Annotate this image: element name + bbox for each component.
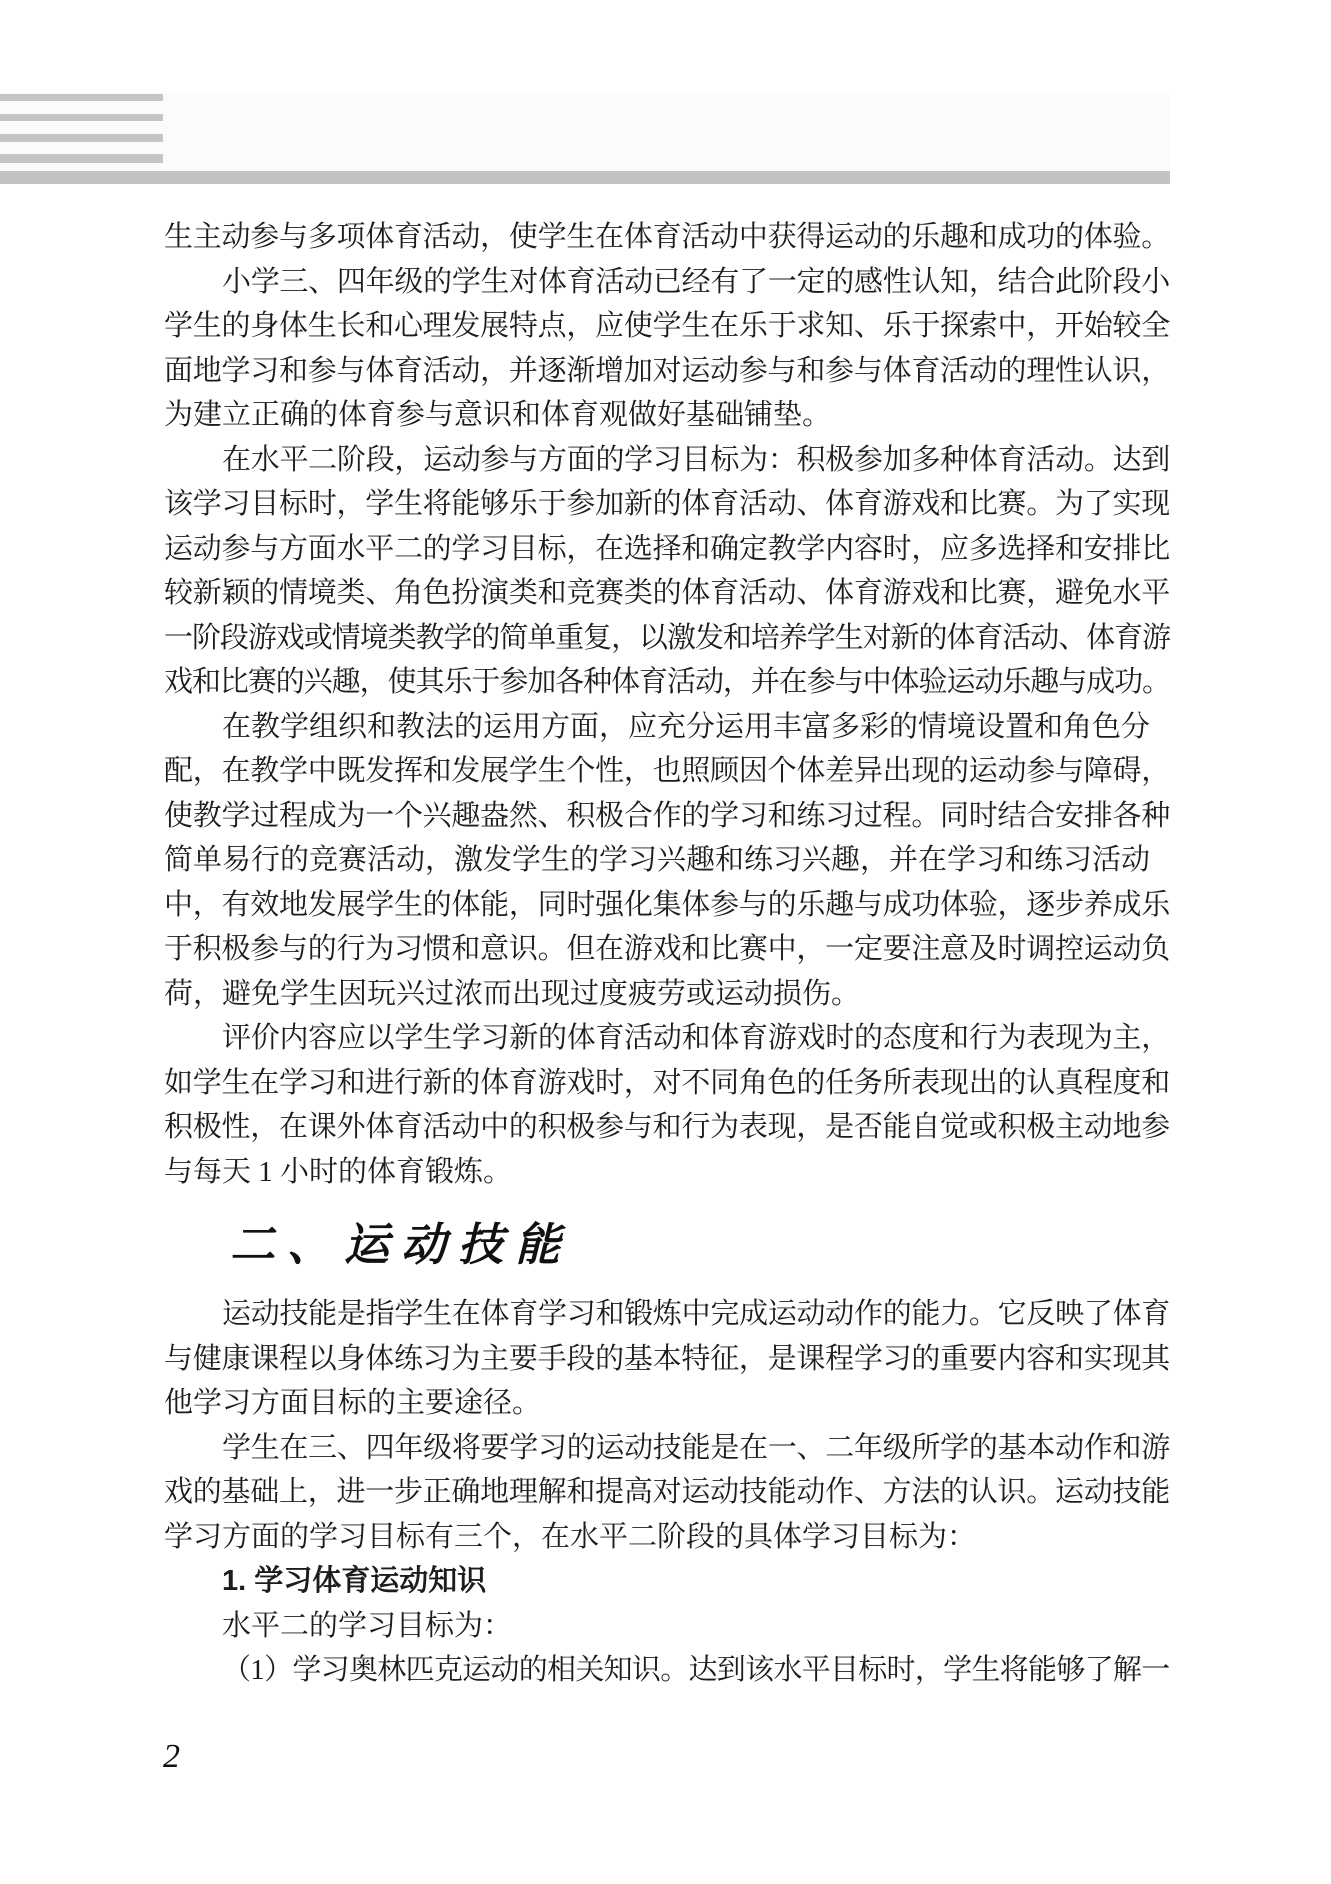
text-line: 戏和比赛的兴趣，使其乐于参加各种体育活动，并在参与中体验运动乐趣与成功。 (164, 660, 1170, 705)
text-line: 戏的基础上，进一步正确地理解和提高对运动技能动作、方法的认识。运动技能 (164, 1470, 1170, 1515)
text-line: 1. 学习体育运动知识 (164, 1559, 1170, 1604)
text-line: 较新颖的情境类、角色扮演类和竞赛类的体育活动、体育游戏和比赛，避免水平 (164, 571, 1170, 616)
text-line: 在水平二阶段，运动参与方面的学习目标为：积极参加多种体育活动。达到 (164, 438, 1170, 483)
text-line: 学习方面的学习目标有三个，在水平二阶段的具体学习目标为： (164, 1515, 1170, 1560)
text-line: 评价内容应以学生学习新的体育活动和体育游戏时的态度和行为表现为主， (164, 1016, 1170, 1061)
text-line: 他学习方面目标的主要途径。 (164, 1381, 1170, 1426)
header-tint-panel (0, 93, 1170, 171)
body-text-block-lower: 运动技能是指学生在体育学习和锻炼中完成运动动作的能力。它反映了体育与健康课程以身… (164, 1292, 1170, 1693)
text-line: 配，在教学中既发挥和发展学生个性，也照顾因个体差异出现的运动参与障碍， (164, 749, 1170, 794)
text-line: 简单易行的竞赛活动，激发学生的学习兴趣和练习兴趣，并在学习和练习活动 (164, 838, 1170, 883)
text-line: 与每天 1 小时的体育锻炼。 (164, 1150, 1170, 1195)
scanned-book-page: 生主动参与多项体育活动，使学生在体育活动中获得运动的乐趣和成功的体验。小学三、四… (0, 0, 1331, 1884)
header-rule-bar (0, 171, 1170, 184)
text-line: 一阶段游戏或情境类教学的简单重复，以激发和培养学生对新的体育活动、体育游 (164, 616, 1170, 661)
text-line: 学生的身体生长和心理发展特点，应使学生在乐于求知、乐于探索中，开始较全 (164, 304, 1170, 349)
text-line: 与健康课程以身体练习为主要手段的基本特征，是课程学习的重要内容和实现其 (164, 1337, 1170, 1382)
text-line: 积极性，在课外体育活动中的积极参与和行为表现，是否能自觉或积极主动地参 (164, 1105, 1170, 1150)
section-heading: 二、运动技能 (230, 1218, 572, 1272)
text-line: 面地学习和参与体育活动，并逐渐增加对运动参与和参与体育活动的理性认识， (164, 349, 1170, 394)
text-line: 在教学组织和教法的运用方面，应充分运用丰富多彩的情境设置和角色分 (164, 705, 1170, 750)
header-stripe (0, 134, 163, 142)
header-stripe (0, 154, 163, 163)
text-line: 如学生在学习和进行新的体育游戏时，对不同角色的任务所表现出的认真程度和 (164, 1061, 1170, 1106)
text-line: 荷，避免学生因玩兴过浓而出现过度疲劳或运动损伤。 (164, 972, 1170, 1017)
text-line: 为建立正确的体育参与意识和体育观做好基础铺垫。 (164, 393, 1170, 438)
body-text-block-upper: 生主动参与多项体育活动，使学生在体育活动中获得运动的乐趣和成功的体验。小学三、四… (164, 215, 1170, 1194)
text-line: 使教学过程成为一个兴趣盎然、积极合作的学习和练习过程。同时结合安排各种 (164, 794, 1170, 839)
text-line: 生主动参与多项体育活动，使学生在体育活动中获得运动的乐趣和成功的体验。 (164, 215, 1170, 260)
text-line: 小学三、四年级的学生对体育活动已经有了一定的感性认知，结合此阶段小 (164, 260, 1170, 305)
text-line: 水平二的学习目标为： (164, 1604, 1170, 1649)
text-line: 中，有效地发展学生的体能，同时强化集体参与的乐趣与成功体验，逐步养成乐 (164, 883, 1170, 928)
header-stripe (0, 94, 163, 101)
text-line: （1）学习奥林匹克运动的相关知识。达到该水平目标时，学生将能够了解一 (164, 1648, 1170, 1693)
page-number: 2 (163, 1738, 180, 1776)
text-line: 运动技能是指学生在体育学习和锻炼中完成运动动作的能力。它反映了体育 (164, 1292, 1170, 1337)
text-line: 该学习目标时，学生将能够乐于参加新的体育活动、体育游戏和比赛。为了实现 (164, 482, 1170, 527)
text-line: 于积极参与的行为习惯和意识。但在游戏和比赛中，一定要注意及时调控运动负 (164, 927, 1170, 972)
text-line: 运动参与方面水平二的学习目标，在选择和确定教学内容时，应多选择和安排比 (164, 527, 1170, 572)
header-stripe (0, 114, 163, 121)
text-line: 学生在三、四年级将要学习的运动技能是在一、二年级所学的基本动作和游 (164, 1426, 1170, 1471)
